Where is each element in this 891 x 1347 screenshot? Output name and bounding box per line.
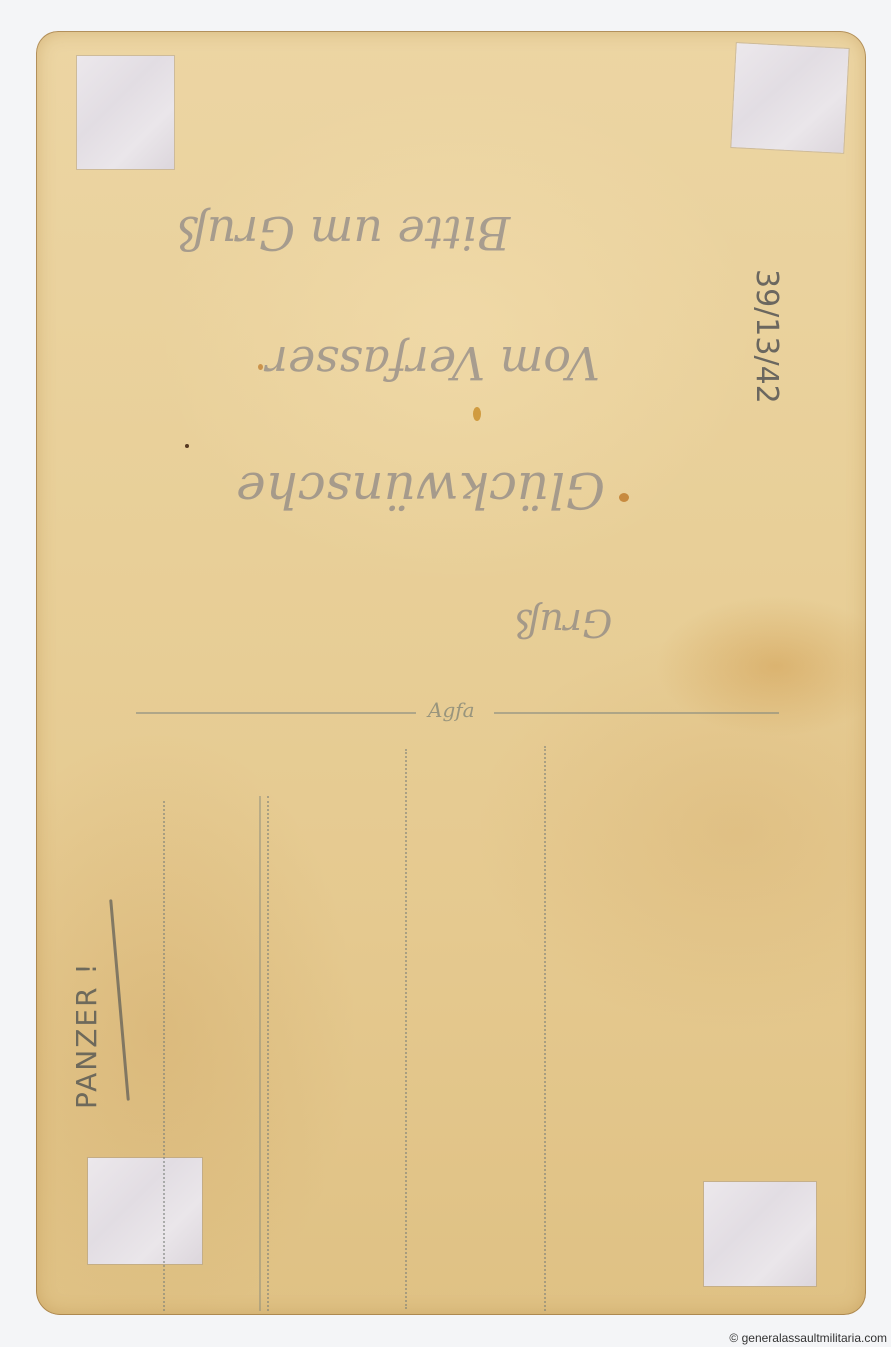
stain-dot	[258, 364, 263, 370]
side-note-panzer: PANZER !	[70, 961, 103, 1109]
handwriting-line: Gruß	[514, 601, 612, 645]
tape-top-left	[77, 56, 174, 169]
dotted-line	[405, 749, 407, 1309]
dotted-line	[544, 746, 546, 1311]
copyright-watermark: © generalassaultmilitaria.com	[729, 1331, 887, 1345]
solid-line	[259, 796, 261, 1311]
postcard-back: Bitte um Gruß Vom Verfasser Glückwünsche…	[36, 31, 866, 1315]
tape-bottom-left	[88, 1158, 202, 1264]
inventory-number: 39/13/42	[749, 269, 784, 404]
handwriting-line: Bitte um Gruß	[176, 206, 510, 260]
handwriting-line: Vom Verfasser	[266, 336, 600, 390]
dotted-line	[267, 796, 269, 1311]
stain-dot	[185, 444, 189, 448]
tape-top-right	[731, 43, 848, 153]
tape-bottom-right	[704, 1182, 816, 1286]
divider-line-left	[136, 712, 416, 714]
stain-dot	[473, 407, 481, 421]
printer-mark: Agfa	[428, 698, 475, 722]
pencil-underline	[109, 899, 130, 1100]
handwriting-line: Glückwünsche	[236, 461, 605, 519]
dotted-line	[163, 801, 165, 1311]
divider-line-right	[494, 712, 779, 714]
stain-dot	[619, 493, 629, 502]
